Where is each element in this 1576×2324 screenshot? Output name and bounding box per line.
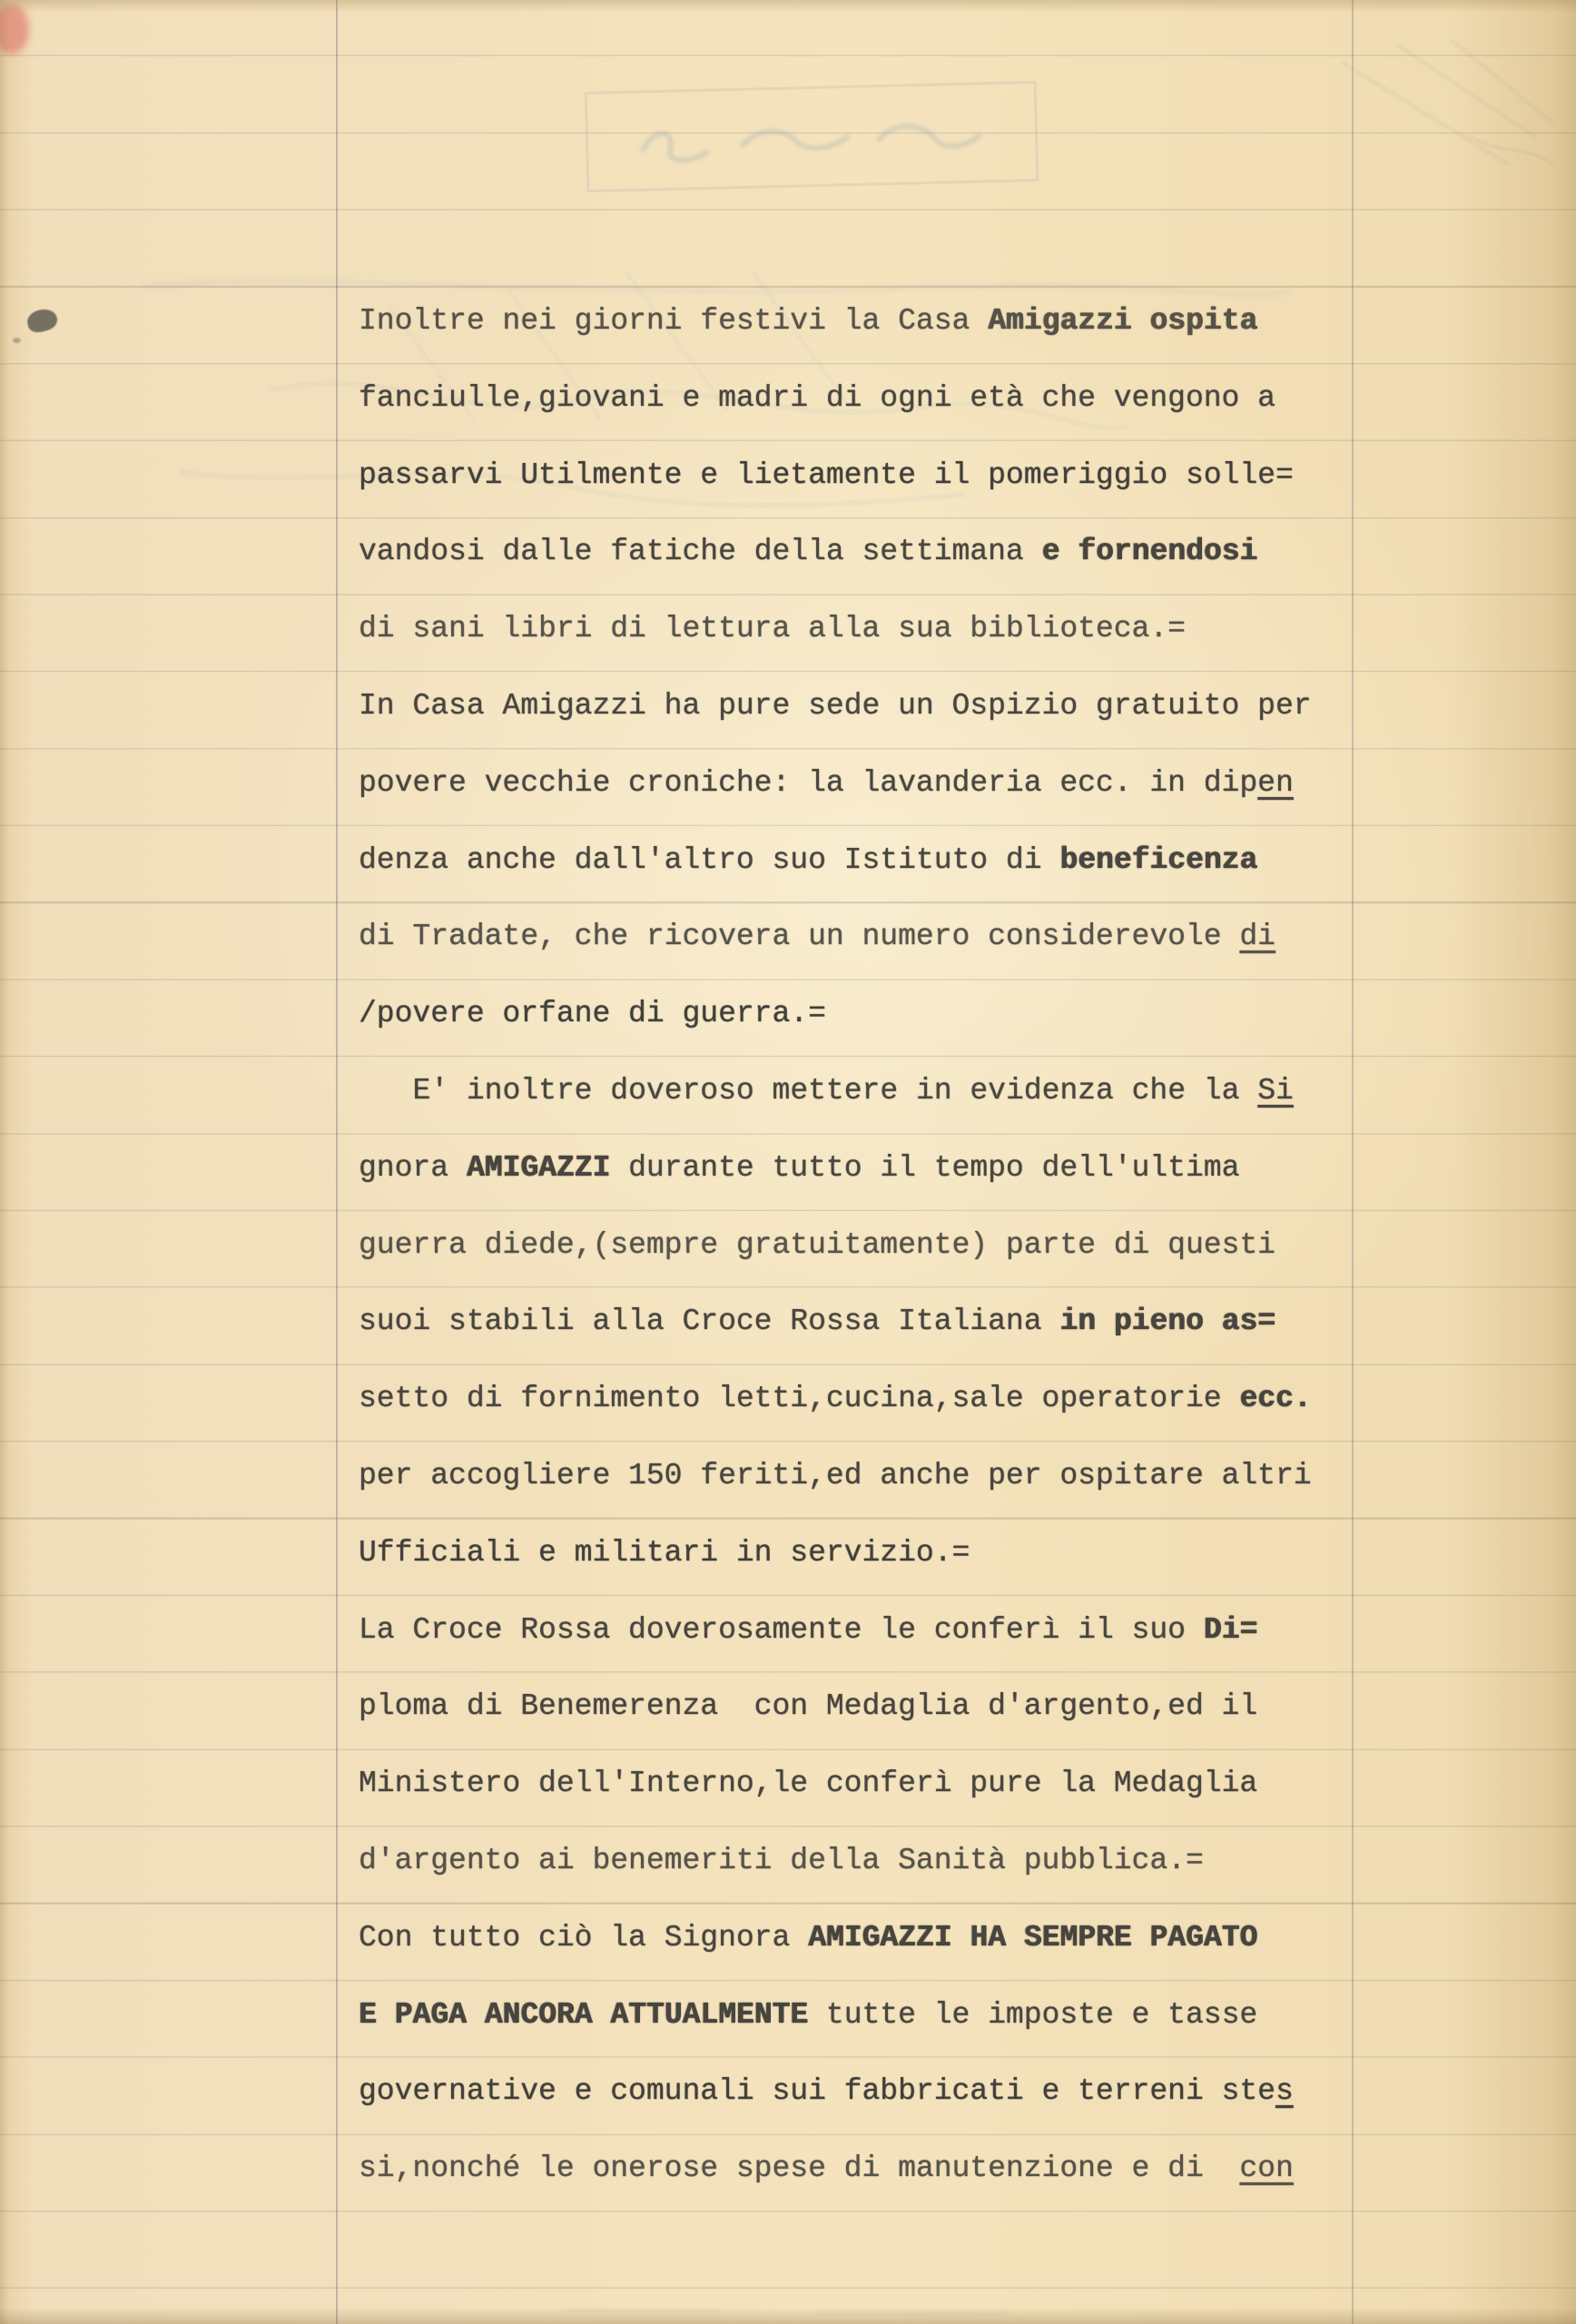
text-segment: ecc. xyxy=(1239,1382,1311,1415)
text-segment: vandosi dalle fatiche della settimana xyxy=(359,535,1042,568)
text-segment: gnora xyxy=(359,1151,467,1185)
typewritten-text: Inoltre nei giorni festivi la Casa Amiga… xyxy=(359,283,1312,2208)
text-segment: ploma di Benemerenza con Medaglia d'arge… xyxy=(359,1689,1257,1723)
text-segment: E PAGA ANCORA ATTUALMENTE xyxy=(359,1998,808,2032)
text-line: setto di fornimento letti,cucina,sale op… xyxy=(359,1361,1312,1438)
text-segment: di Tradate, che ricovera un numero consi… xyxy=(359,920,1239,953)
text-segment: Di= xyxy=(1204,1613,1257,1647)
text-line: Con tutto ciò la Signora AMIGAZZI HA SEM… xyxy=(359,1900,1312,1977)
text-segment: setto di fornimento letti,cucina,sale op… xyxy=(359,1382,1239,1415)
text-line: E PAGA ANCORA ATTUALMENTE tutte le impos… xyxy=(359,1977,1312,2054)
text-segment: Si xyxy=(1257,1074,1294,1108)
text-segment: e fornendosi xyxy=(1042,535,1258,568)
text-line: per accogliere 150 feriti,ed anche per o… xyxy=(359,1438,1312,1515)
text-line: /povere orfane di guerra.= xyxy=(359,976,1312,1053)
text-line: suoi stabili alla Croce Rossa Italiana i… xyxy=(359,1284,1312,1361)
text-segment: suoi stabili alla Croce Rossa Italiana xyxy=(359,1305,1059,1338)
text-segment: denza anche dall'altro suo Istituto di xyxy=(359,843,1059,877)
ink-speck xyxy=(13,338,21,343)
text-segment: di sani libri di lettura alla sua biblio… xyxy=(359,612,1186,645)
text-segment: di xyxy=(1239,920,1276,953)
text-line: In Casa Amigazzi ha pure sede un Ospizio… xyxy=(359,668,1312,745)
text-line: vandosi dalle fatiche della settimana e … xyxy=(359,514,1312,591)
text-segment: passarvi Utilmente e lietamente il pomer… xyxy=(359,458,1294,492)
text-segment: AMIGAZZI xyxy=(467,1151,610,1185)
text-segment: Con tutto ciò la Signora xyxy=(359,1921,808,1955)
text-line: denza anche dall'altro suo Istituto di b… xyxy=(359,822,1312,900)
text-segment: si,nonché le onerose spese di manutenzio… xyxy=(359,2152,1239,2185)
text-segment: governative e comunali sui fabbricati e … xyxy=(359,2074,1276,2108)
text-line: passarvi Utilmente e lietamente il pomer… xyxy=(359,438,1312,515)
text-segment: d'argento ai benemeriti della Sanità pub… xyxy=(359,1844,1204,1877)
text-segment: durante tutto il tempo dell'ultima xyxy=(610,1151,1239,1185)
text-line: guerra diede,(sempre gratuitamente) part… xyxy=(359,1207,1312,1285)
page-edge-shadow-top xyxy=(0,0,1576,13)
text-line: E' inoltre doveroso mettere in evidenza … xyxy=(359,1053,1312,1130)
page-edge-shadow-left xyxy=(0,0,9,2324)
text-segment: AMIGAZZI HA SEMPRE PAGATO xyxy=(808,1921,1257,1955)
text-line: di sani libri di lettura alla sua biblio… xyxy=(359,591,1312,668)
text-segment: E' inoltre doveroso mettere in evidenza … xyxy=(412,1074,1257,1108)
text-line: ploma di Benemerenza con Medaglia d'arge… xyxy=(359,1669,1312,1746)
text-line: di Tradate, che ricovera un numero consi… xyxy=(359,899,1312,976)
text-segment: beneficenza xyxy=(1059,843,1257,877)
text-segment: Ufficiali e militari in servizio.= xyxy=(359,1536,970,1570)
text-line: Ministero dell'Interno,le conferì pure l… xyxy=(359,1746,1312,1823)
text-line: Inoltre nei giorni festivi la Casa Amiga… xyxy=(359,283,1312,360)
text-segment: Ministero dell'Interno,le conferì pure l… xyxy=(359,1767,1257,1800)
bleed-through-stamp-box xyxy=(585,81,1039,192)
text-line: La Croce Rossa doverosamente le conferì … xyxy=(359,1592,1312,1669)
text-segment: en xyxy=(1257,766,1294,800)
text-segment: Amigazzi ospita xyxy=(988,304,1257,338)
text-segment: fanciulle,giovani e madri di ogni età ch… xyxy=(359,381,1276,415)
text-segment: In Casa Amigazzi ha pure sede un Ospizio… xyxy=(359,689,1312,723)
text-line: fanciulle,giovani e madri di ogni età ch… xyxy=(359,360,1312,438)
text-segment: La Croce Rossa doverosamente le conferì … xyxy=(359,1613,1204,1647)
text-segment: Inoltre nei giorni festivi la Casa xyxy=(359,304,988,338)
text-segment: /povere orfane di guerra.= xyxy=(359,997,826,1030)
text-segment: in pieno as= xyxy=(1059,1305,1276,1338)
stamp-scribble xyxy=(587,84,1036,190)
text-segment: tutte le imposte e tasse xyxy=(808,1998,1257,2032)
text-segment: per accogliere 150 feriti,ed anche per o… xyxy=(359,1459,1312,1492)
text-line: Ufficiali e militari in servizio.= xyxy=(359,1515,1312,1592)
text-line: d'argento ai benemeriti della Sanità pub… xyxy=(359,1823,1312,1900)
text-segment: s xyxy=(1276,2074,1294,2108)
text-line: povere vecchie croniche: la lavanderia e… xyxy=(359,745,1312,822)
text-line: si,nonché le onerose spese di manutenzio… xyxy=(359,2131,1312,2208)
text-segment: povere vecchie croniche: la lavanderia e… xyxy=(359,766,1257,800)
text-segment: guerra diede,(sempre gratuitamente) part… xyxy=(359,1228,1276,1262)
document-page: Inoltre nei giorni festivi la Casa Amiga… xyxy=(0,0,1576,2324)
page-edge-shadow-bottom xyxy=(0,2308,1576,2324)
text-line: gnora AMIGAZZI durante tutto il tempo de… xyxy=(359,1130,1312,1207)
text-line: governative e comunali sui fabbricati e … xyxy=(359,2053,1312,2131)
text-segment: con xyxy=(1239,2152,1293,2185)
